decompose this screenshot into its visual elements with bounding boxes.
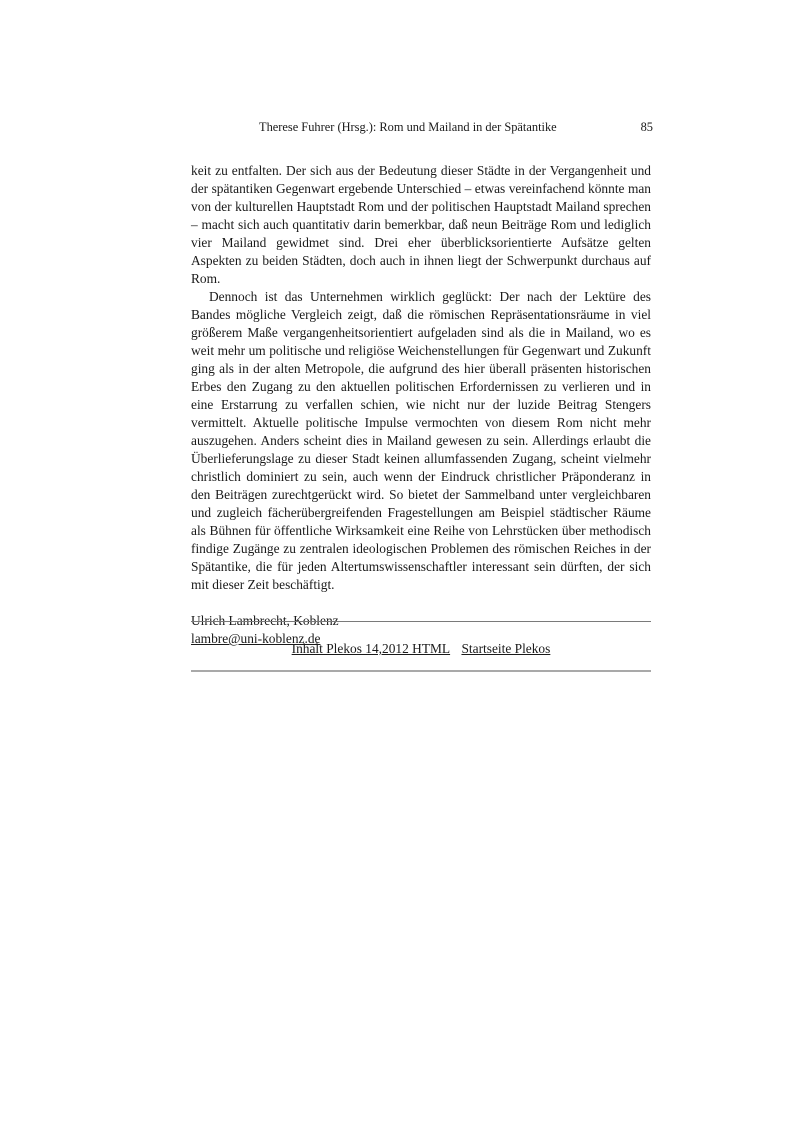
running-head: Therese Fuhrer (Hrsg.): Rom und Mailand … — [191, 118, 651, 136]
horizontal-rule — [191, 670, 651, 672]
contents-link[interactable]: Inhalt Plekos 14,2012 HTML — [292, 641, 450, 656]
paragraph: Dennoch ist das Unternehmen wirklich geg… — [191, 288, 651, 594]
page: Therese Fuhrer (Hrsg.): Rom und Mailand … — [191, 118, 651, 648]
paragraph: keit zu entfalten. Der sich aus der Bede… — [191, 162, 651, 288]
homepage-link[interactable]: Startseite Plekos — [461, 641, 550, 656]
review-body: keit zu entfalten. Der sich aus der Bede… — [191, 162, 651, 594]
page-number: 85 — [641, 118, 653, 136]
horizontal-rule — [191, 621, 651, 622]
running-head-title: Therese Fuhrer (Hrsg.): Rom und Mailand … — [259, 118, 557, 136]
footer-nav: Inhalt Plekos 14,2012 HTML Startseite Pl… — [191, 640, 651, 658]
